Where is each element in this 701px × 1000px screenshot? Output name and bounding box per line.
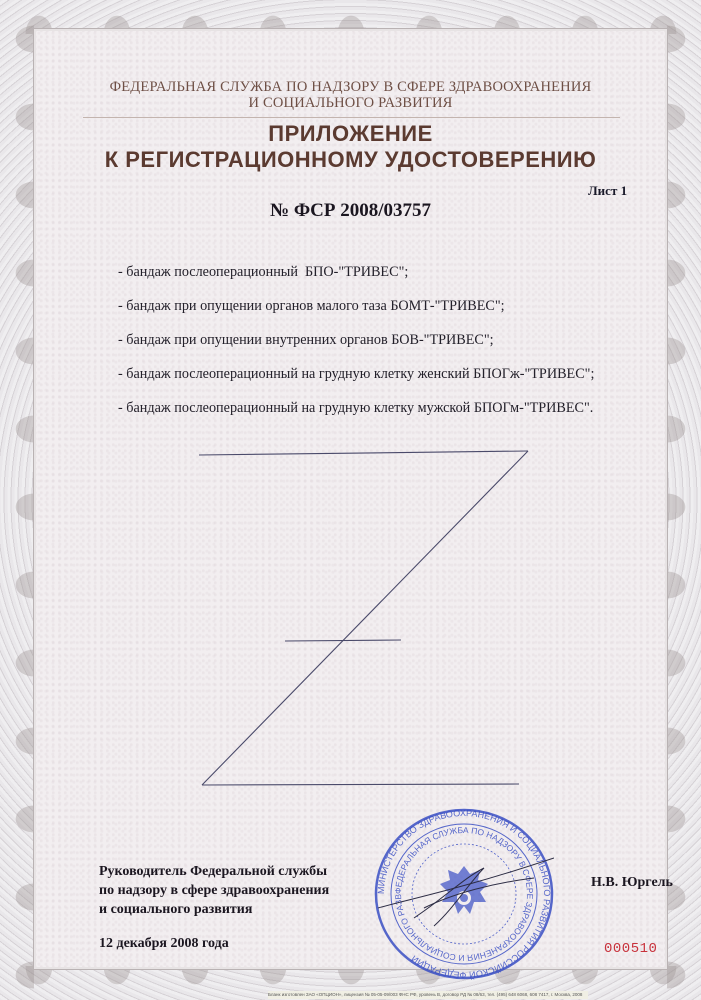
agency-name-line-1: ФЕДЕРАЛЬНАЯ СЛУЖБА ПО НАДЗОРУ В СФЕРЕ ЗД… [0,79,701,96]
agency-name-line-2: И СОЦИАЛЬНОГО РАЗВИТИЯ [0,95,701,112]
signatory-title-line: и социального развития [99,900,329,919]
document-title-line-2: К РЕГИСТРАЦИОННОМУ УДОСТОВЕРЕНИЮ [0,147,701,173]
issue-date: 12 декабря 2008 года [99,936,229,952]
list-item: - бандаж при опущении внутренних органов… [118,330,594,364]
list-item: - бандаж послеоперационный на грудную кл… [118,398,594,432]
registration-number: № ФСР 2008/03757 [0,200,701,222]
signatory-title-line: по надзору в сфере здравоохранения [99,881,329,900]
document-title-line-1: ПРИЛОЖЕНИЕ [0,121,701,147]
printer-imprint: Бланк изготовлен ЗАО «ОПЦИОН», лицензия … [268,991,588,999]
signatory-title-line: Руководитель Федеральной службы [99,862,329,881]
signatory-name: Н.В. Юргель [591,875,673,891]
official-stamp: МИНИСТЕРСТВО ЗДРАВООХРАНЕНИЯ И СОЦИАЛЬНО… [374,808,554,980]
list-item: - бандаж послеоперационный на грудную кл… [118,364,594,398]
list-item: - бандаж при опущении органов малого таз… [118,296,594,330]
product-list: - бандаж послеоперационный БПО-"ТРИВЕС";… [118,262,594,432]
list-item: - бандаж послеоперационный БПО-"ТРИВЕС"; [118,262,594,296]
sheet-number: Лист 1 [588,183,627,199]
header-divider [83,117,620,118]
signatory-title: Руководитель Федеральной службы по надзо… [99,862,329,919]
serial-number: 000510 [604,941,657,957]
